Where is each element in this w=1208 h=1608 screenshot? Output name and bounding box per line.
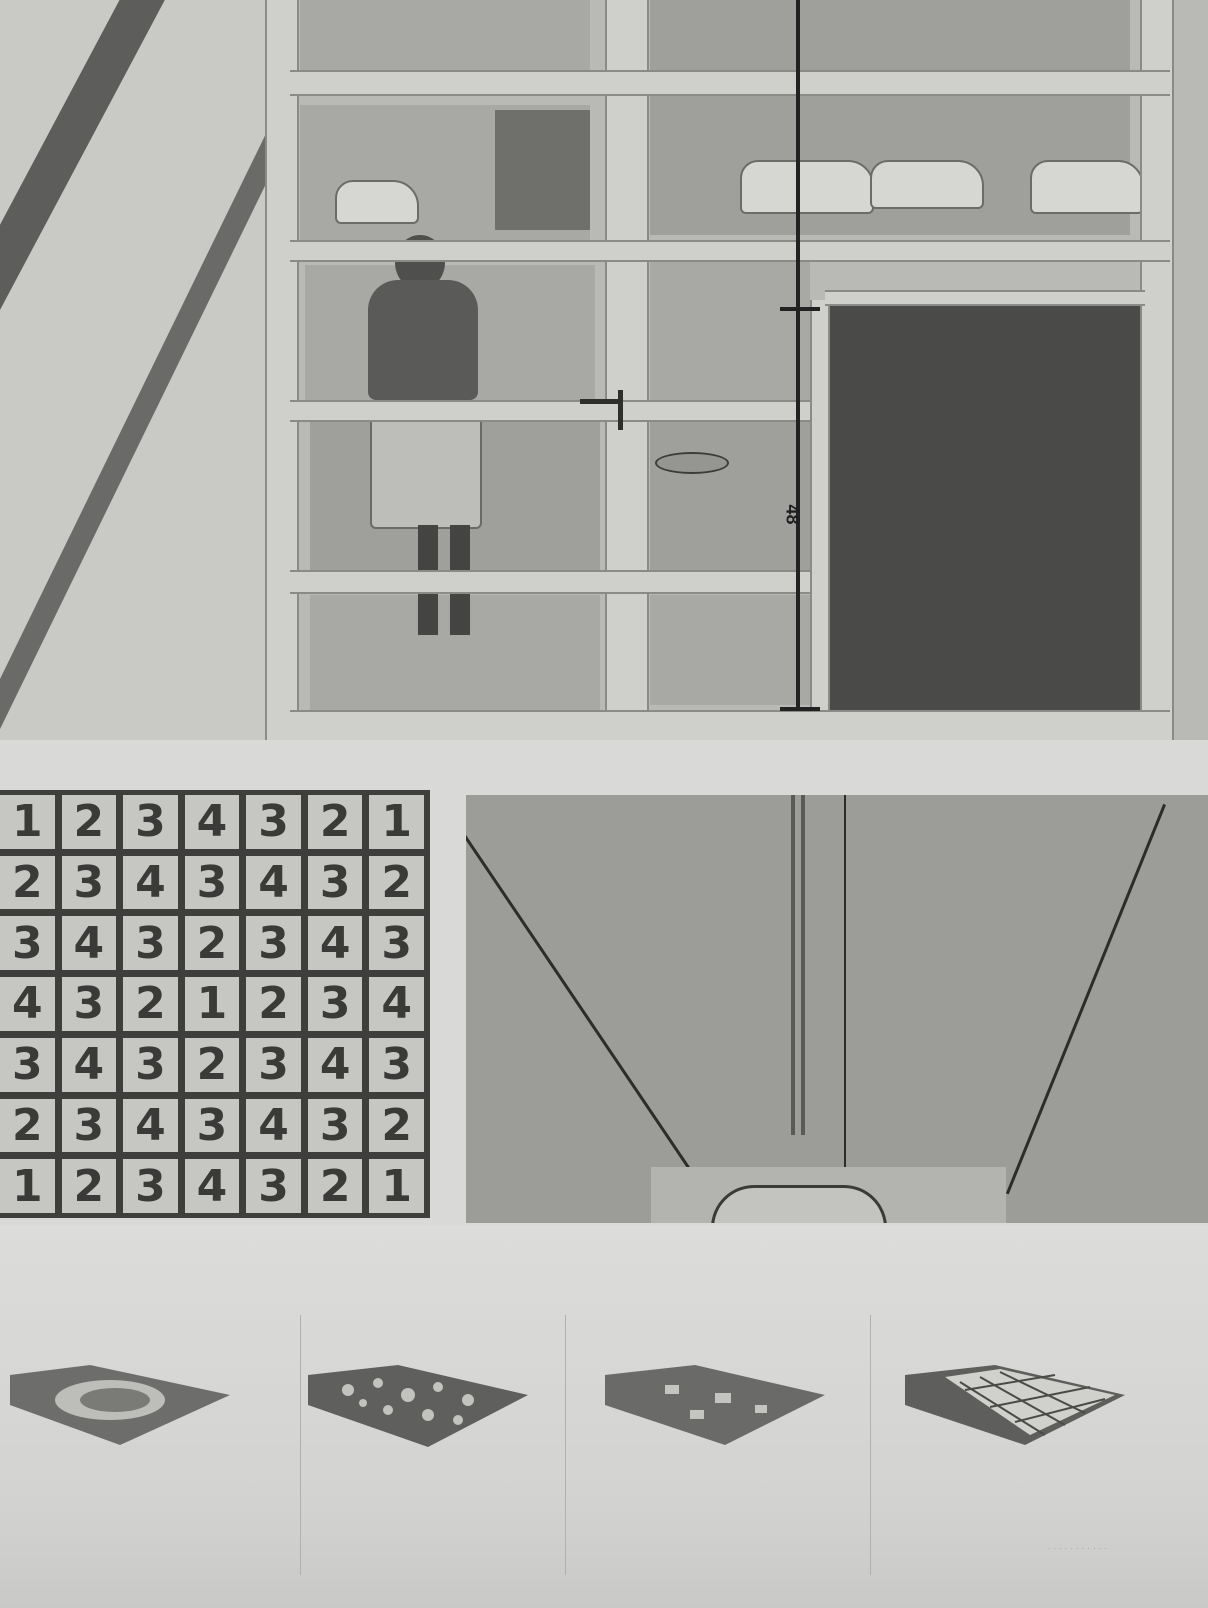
pane — [650, 260, 810, 400]
photo-bottom-edge — [0, 740, 1208, 760]
grid-cell: 4 — [369, 977, 424, 1031]
rod-tick — [780, 707, 820, 711]
grid-cell: 2 — [0, 1099, 55, 1153]
drawing-panel-sparse-stones — [605, 1365, 825, 1445]
grid-cell: 4 — [185, 795, 240, 849]
grid-cell: 3 — [123, 1038, 178, 1092]
grid-cell: 4 — [62, 1038, 117, 1092]
grid-cell: 2 — [185, 916, 240, 970]
drawing-caption: · · · · · · · · · · · — [1048, 1545, 1138, 1553]
door-frame — [1140, 0, 1174, 760]
panel-divider — [300, 1315, 301, 1575]
corridor-edge-left — [466, 835, 712, 1201]
grid-cell: 2 — [0, 856, 55, 910]
grid-cell: 3 — [123, 916, 178, 970]
conduit — [801, 795, 805, 1135]
grid-cell: 2 — [123, 977, 178, 1031]
rod-tick — [780, 307, 820, 311]
grid-cell: 2 — [246, 977, 301, 1031]
measuring-rod — [796, 0, 800, 710]
grid-cell: 4 — [62, 916, 117, 970]
central-rod — [844, 795, 846, 1223]
grid-cell: 2 — [62, 1159, 117, 1213]
door-handle — [618, 390, 623, 430]
grid-cell: 4 — [246, 856, 301, 910]
grid-cell: 2 — [185, 1038, 240, 1092]
manhole-cover — [655, 452, 729, 474]
car — [740, 160, 874, 214]
grid-cell: 3 — [308, 856, 363, 910]
top-photograph: 48 — [0, 0, 1208, 760]
pane — [300, 0, 590, 70]
door-rail — [290, 400, 810, 422]
doorway — [495, 110, 590, 230]
grid-cell: 1 — [0, 1159, 55, 1213]
dark-door-panel — [825, 300, 1145, 710]
grid-cell: 2 — [62, 795, 117, 849]
corridor-photograph — [466, 795, 1208, 1223]
grid-cell: 3 — [246, 1038, 301, 1092]
grid-cell: 3 — [246, 1159, 301, 1213]
drawing-panel-organic — [10, 1365, 230, 1445]
grid-cell: 3 — [123, 1159, 178, 1213]
drawing-panel-stones — [308, 1365, 528, 1445]
panel-divider — [565, 1315, 566, 1575]
grid-cell: 3 — [308, 977, 363, 1031]
grid-cell: 2 — [308, 795, 363, 849]
grid-cell: 2 — [308, 1159, 363, 1213]
grid-cell: 4 — [308, 916, 363, 970]
grid-cell: 4 — [246, 1099, 301, 1153]
door-handle — [580, 399, 620, 404]
grid-cell: 3 — [185, 1099, 240, 1153]
door-rail — [290, 570, 810, 594]
grid-cell: 4 — [123, 1099, 178, 1153]
isometric-drawings: · · · · · · · · · · · — [0, 1225, 1208, 1608]
child-coat — [368, 280, 478, 400]
grid-cell: 3 — [369, 1038, 424, 1092]
grid-cell: 1 — [0, 795, 55, 849]
grid-cell: 2 — [369, 1099, 424, 1153]
number-grid: 1234321234343234323434321234343234323434… — [0, 790, 430, 1218]
drawing-panel-grid-tiles — [905, 1365, 1125, 1445]
panel-divider — [870, 1315, 871, 1575]
door-frame — [265, 0, 299, 760]
pane — [650, 595, 810, 705]
grid-cell: 2 — [369, 856, 424, 910]
grid-cell: 3 — [62, 1099, 117, 1153]
corridor-edge-right — [1006, 804, 1166, 1195]
conduit — [791, 795, 795, 1135]
grid-cell: 3 — [62, 977, 117, 1031]
grid-cell: 3 — [246, 795, 301, 849]
grid-cell: 1 — [369, 1159, 424, 1213]
grid-cell: 4 — [0, 977, 55, 1031]
door-rail — [825, 290, 1145, 306]
arched-opening — [711, 1185, 887, 1223]
car — [1030, 160, 1144, 214]
door-frame — [810, 300, 830, 710]
grid-cell: 1 — [369, 795, 424, 849]
grid-cell: 3 — [369, 916, 424, 970]
grid-cell: 1 — [185, 977, 240, 1031]
door-rail — [290, 70, 1170, 96]
grid-cell: 4 — [185, 1159, 240, 1213]
car — [870, 160, 984, 209]
grid-cell: 3 — [0, 916, 55, 970]
door-frame — [605, 0, 649, 760]
door-rail — [290, 240, 1170, 262]
grid-cell: 4 — [308, 1038, 363, 1092]
door-rail — [290, 710, 1170, 744]
grid-cell: 3 — [308, 1099, 363, 1153]
pane — [650, 0, 1130, 70]
measurement-label: 48 — [782, 504, 803, 524]
grid-cell: 3 — [123, 795, 178, 849]
pane — [650, 420, 810, 570]
grid-cell: 3 — [62, 856, 117, 910]
grid-cell: 3 — [246, 916, 301, 970]
grid-cell: 3 — [185, 856, 240, 910]
grid-cell: 4 — [123, 856, 178, 910]
grid-cell: 3 — [0, 1038, 55, 1092]
car — [335, 180, 419, 224]
